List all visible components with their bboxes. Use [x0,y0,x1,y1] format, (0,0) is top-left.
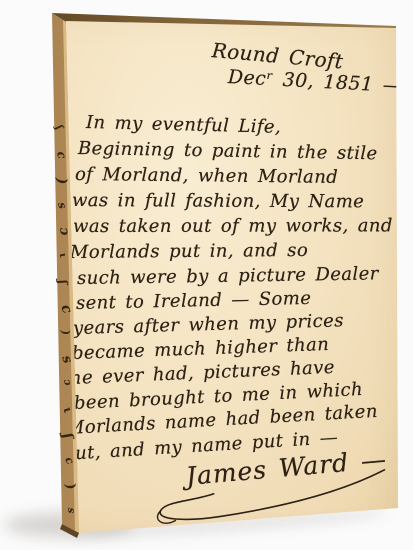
framed-letter-print: ʃc)sᴐιʃc)sᴐιʃc)s Round Croft Decʳ 30, 18… [0,0,413,550]
letter-line: such were by a picture Dealer [77,263,379,289]
edge-mark: ᴐ [56,227,72,236]
letter-line: of Morland, when Morland [75,164,338,188]
letter-line: In my eventful Life, [86,112,282,138]
letter-line: Morlands put in, and so [70,240,308,263]
edge-mark: ) [53,177,69,184]
letter-line: was taken out of my works, and [73,215,393,237]
edge-mark: s [65,507,76,513]
letter-line: sent to Ireland — Some [76,288,312,314]
letter-line: Beginning to paint in the stile [78,138,378,164]
letter-line: was in full fashion, My Name [72,190,364,212]
letter-date: Decʳ 30, 1851 — [227,66,402,97]
